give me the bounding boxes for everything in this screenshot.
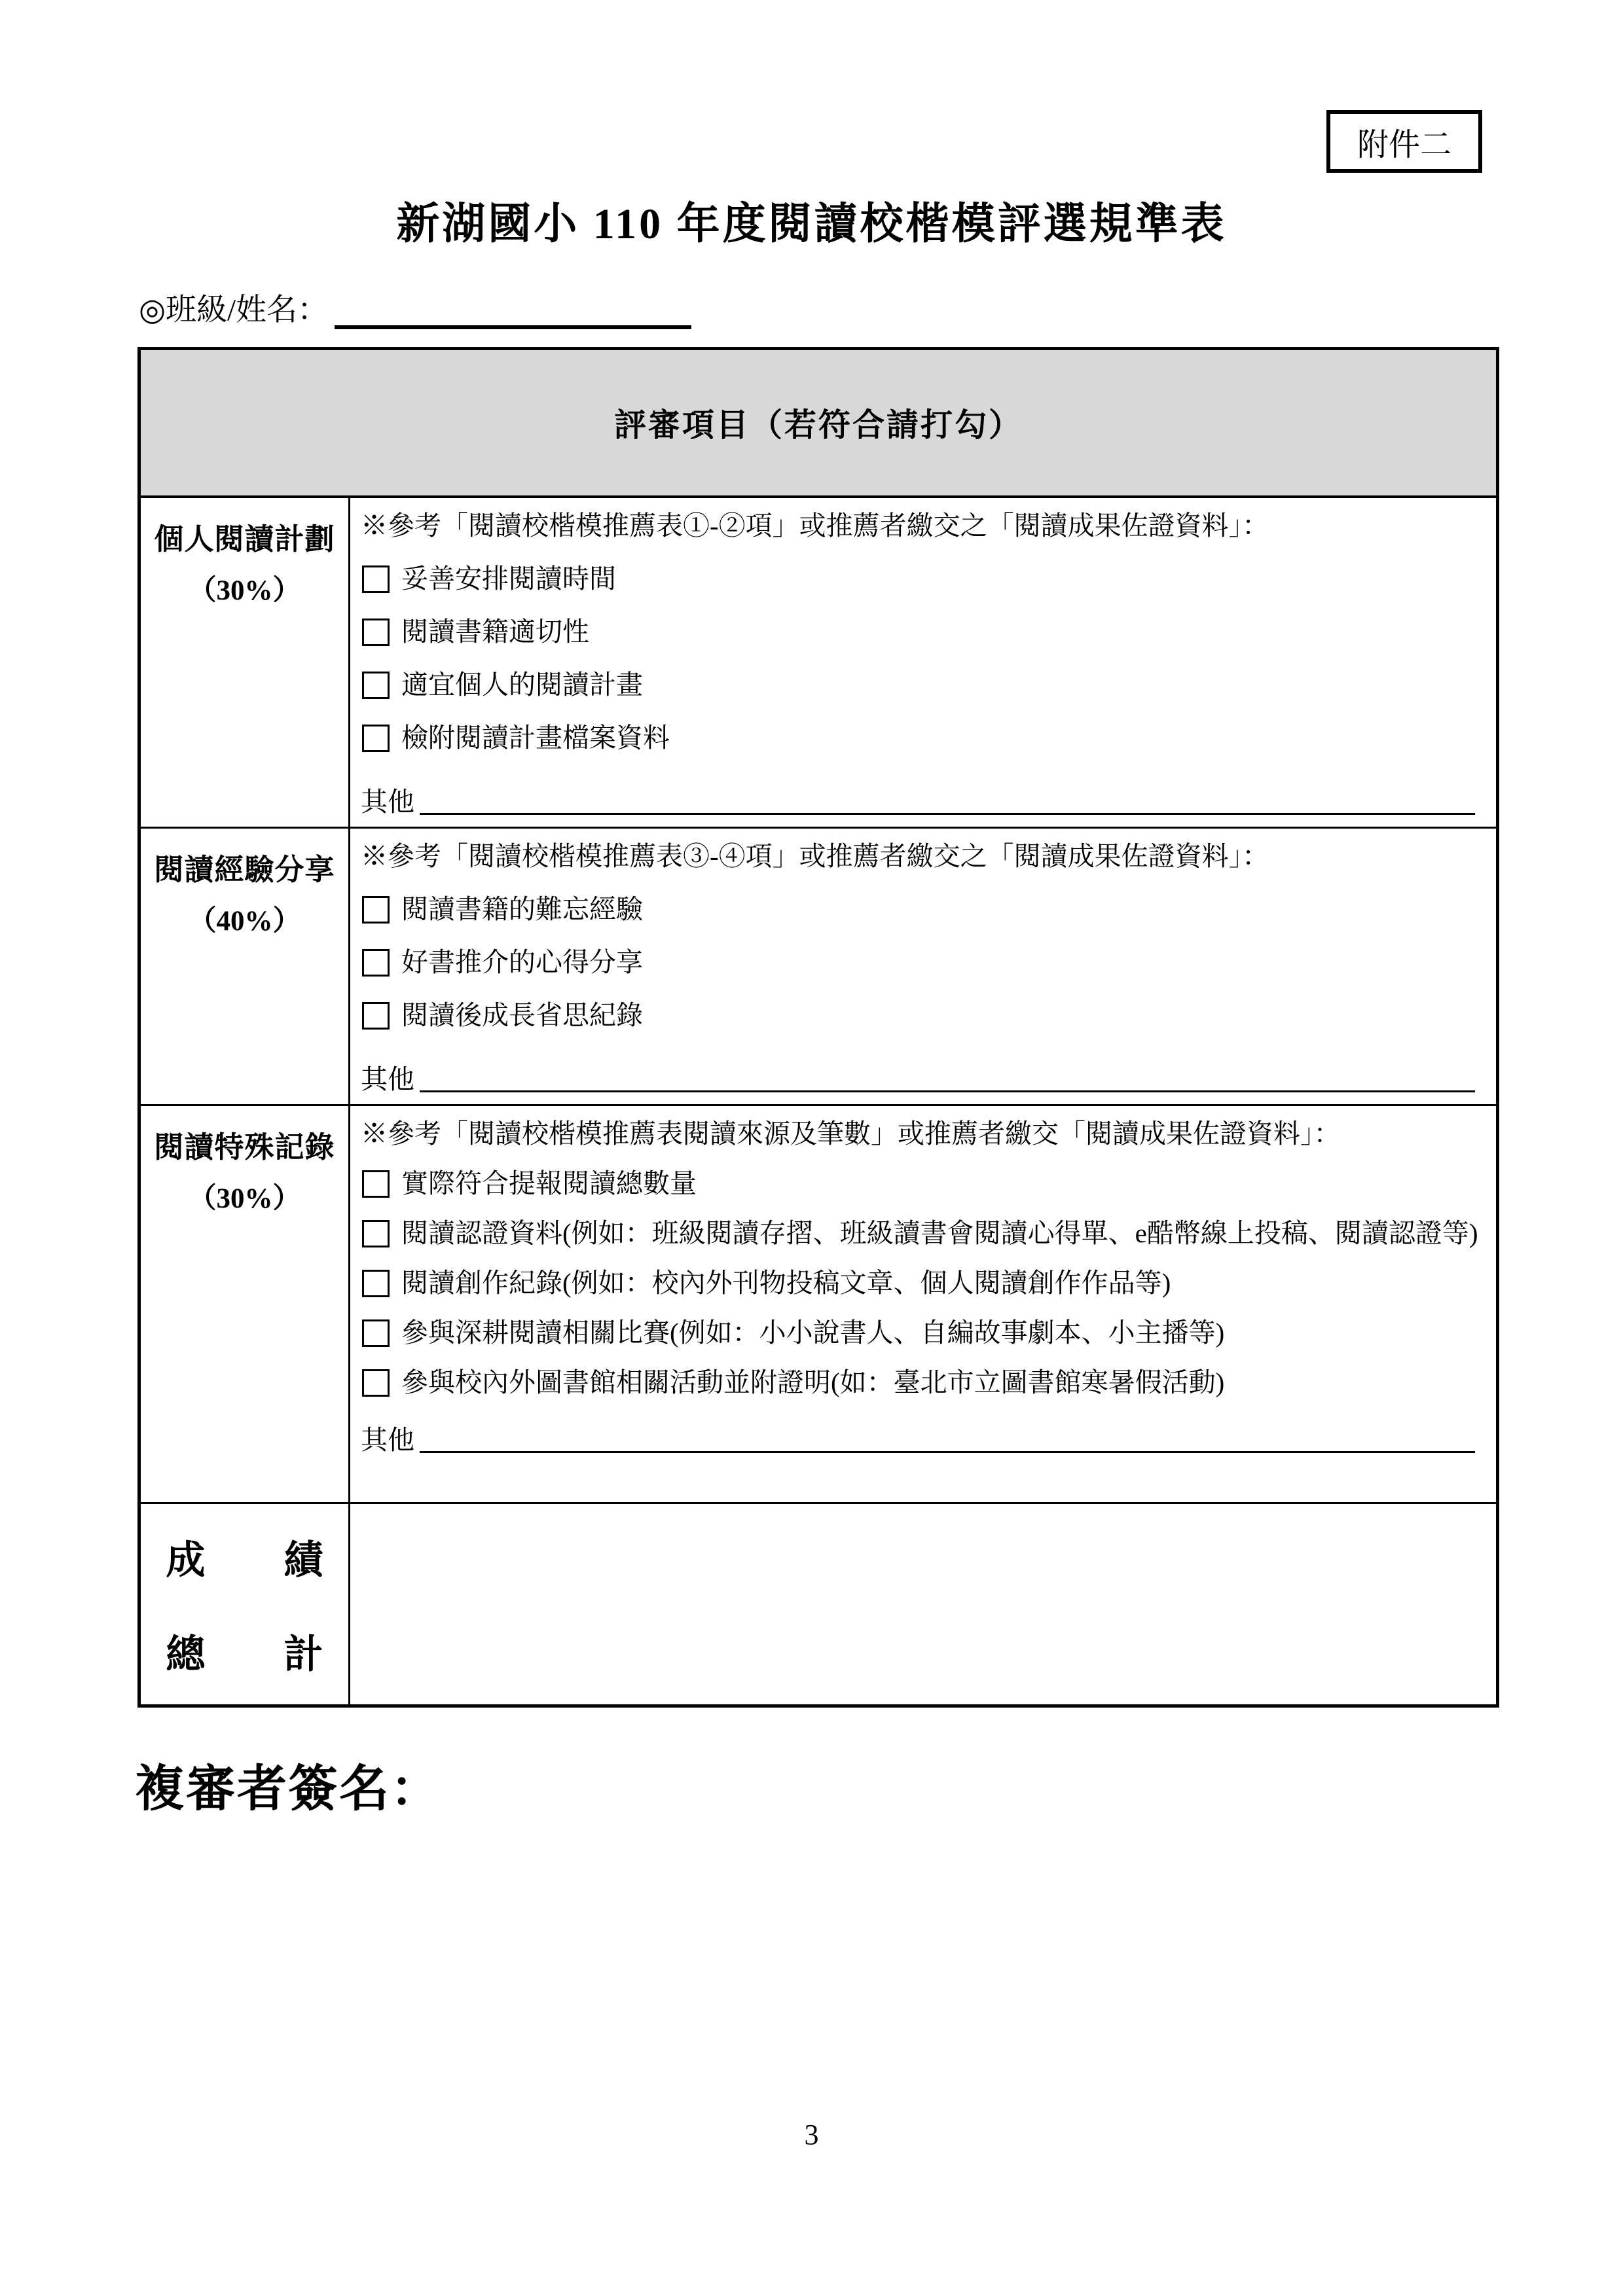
checkbox[interactable] (362, 1220, 390, 1247)
checkbox-label: 參與校內外圖書館相關活動並附證明(如：臺北市立圖書館寒暑假活動) (401, 1361, 1224, 1403)
table-row-total-score: 成 績 總 計 (141, 1504, 1496, 1704)
checklist-item: 適宜個人的閱讀計畫 (361, 664, 1487, 717)
document-page: 附件二 新湖國小 110 年度閱讀校楷模評選規準表 ◎班級/姓名： 評審項目（若… (0, 0, 1623, 2296)
reviewer-signature-label: 複審者簽名： (135, 1749, 441, 1820)
checkbox[interactable] (362, 725, 390, 752)
total-score-label-cell: 成 績 總 計 (141, 1504, 350, 1704)
total-score-label-line1: 成 績 (141, 1529, 348, 1585)
reference-note: ※參考「閱讀校楷模推薦表①-②項」或推薦者繳交之「閱讀成果佐證資料」： (361, 505, 1487, 558)
checkbox-label: 閱讀認證資料(例如：班級閱讀存摺、班級讀書會閱讀心得單、e酷幣線上投稿、閱讀認證… (401, 1212, 1478, 1254)
criteria-content-cell: ※參考「閱讀校楷模推薦表閱讀來源及筆數」或推薦者繳交「閱讀成果佐證資料」： 實際… (350, 1106, 1496, 1502)
checkbox-label: 實際符合提報閱讀總數量 (401, 1162, 697, 1204)
page-title: 新湖國小 110 年度閱讀校楷模評選規準表 (0, 188, 1623, 251)
class-name-label: ◎班級/姓名： (139, 285, 328, 329)
table-header-text: 評審項目（若符合請打勾） (614, 400, 1023, 446)
checkbox-label: 閱讀後成長省思紀錄 (401, 994, 643, 1036)
other-blank-field[interactable] (420, 1090, 1475, 1092)
checkbox[interactable] (362, 619, 390, 646)
attachment-tag-box: 附件二 (1326, 110, 1482, 173)
other-blank-field[interactable] (420, 813, 1475, 815)
checklist-item: 參與校內外圖書館相關活動並附證明(如：臺北市立圖書館寒暑假活動) (361, 1361, 1487, 1411)
checkbox-label: 適宜個人的閱讀計畫 (401, 664, 643, 706)
checklist-item: 閱讀後成長省思紀錄 (361, 994, 1487, 1047)
checkbox[interactable] (362, 672, 390, 699)
checkbox[interactable] (362, 1002, 390, 1030)
table-row-reading-experience-sharing: 閱讀經驗分享 （40%） ※參考「閱讀校楷模推薦表③-④項」或推薦者繳交之「閱讀… (141, 829, 1496, 1106)
checkbox-label: 妥善安排閱讀時間 (401, 558, 616, 600)
other-line: 其他 (361, 1047, 1487, 1100)
checklist-item: 參與深耕閱讀相關比賽(例如：小小說書人、自編故事劇本、小主播等) (361, 1312, 1487, 1361)
criteria-label: 閱讀特殊記錄 (141, 1123, 348, 1166)
checklist-item: 好書推介的心得分享 (361, 941, 1487, 994)
criteria-weight: （40%） (141, 899, 348, 939)
checkbox[interactable] (362, 1369, 390, 1397)
criteria-weight: （30%） (141, 1176, 348, 1216)
criteria-content-cell: ※參考「閱讀校楷模推薦表③-④項」或推薦者繳交之「閱讀成果佐證資料」： 閱讀書籍… (350, 829, 1496, 1104)
criteria-weight: （30%） (141, 568, 348, 608)
other-line: 其他 (361, 1411, 1487, 1461)
evaluation-table: 評審項目（若符合請打勾） 個人閱讀計劃 （30%） ※參考「閱讀校楷模推薦表①-… (137, 347, 1499, 1708)
class-name-blank-field[interactable] (335, 290, 691, 329)
checkbox-label: 閱讀書籍的難忘經驗 (401, 888, 643, 930)
reference-note: ※參考「閱讀校楷模推薦表③-④項」或推薦者繳交之「閱讀成果佐證資料」： (361, 835, 1487, 888)
criteria-content-cell: ※參考「閱讀校楷模推薦表①-②項」或推薦者繳交之「閱讀成果佐證資料」： 妥善安排… (350, 498, 1496, 827)
other-blank-field[interactable] (420, 1451, 1475, 1453)
page-number: 3 (0, 2118, 1623, 2151)
checkbox-label: 檢附閱讀計畫檔案資料 (401, 717, 670, 759)
checkbox-label: 好書推介的心得分享 (401, 941, 643, 983)
reference-note: ※參考「閱讀校楷模推薦表閱讀來源及筆數」或推薦者繳交「閱讀成果佐證資料」： (361, 1113, 1487, 1162)
checkbox[interactable] (362, 896, 390, 924)
other-label: 其他 (361, 1419, 414, 1461)
checkbox[interactable] (362, 949, 390, 977)
checklist-item: 閱讀認證資料(例如：班級閱讀存摺、班級讀書會閱讀心得單、e酷幣線上投稿、閱讀認證… (361, 1212, 1487, 1262)
criteria-label: 閱讀經驗分享 (141, 846, 348, 888)
total-score-blank-cell[interactable] (350, 1504, 1496, 1704)
checklist-item: 閱讀創作紀錄(例如：校內外刊物投稿文章、個人閱讀創作作品等) (361, 1262, 1487, 1312)
criteria-label-cell: 閱讀經驗分享 （40%） (141, 829, 350, 1104)
checkbox-label: 閱讀創作紀錄(例如：校內外刊物投稿文章、個人閱讀創作作品等) (401, 1262, 1171, 1304)
checkbox[interactable] (362, 1170, 390, 1198)
checkbox-label: 閱讀書籍適切性 (401, 611, 589, 653)
checkbox-label: 參與深耕閱讀相關比賽(例如：小小說書人、自編故事劇本、小主播等) (401, 1312, 1224, 1354)
checklist-item: 閱讀書籍的難忘經驗 (361, 888, 1487, 941)
other-line: 其他 (361, 770, 1487, 823)
class-name-line: ◎班級/姓名： (139, 285, 691, 329)
checklist-item: 妥善安排閱讀時間 (361, 558, 1487, 611)
table-row-personal-reading-plan: 個人閱讀計劃 （30%） ※參考「閱讀校楷模推薦表①-②項」或推薦者繳交之「閱讀… (141, 498, 1496, 829)
criteria-label: 個人閱讀計劃 (141, 515, 348, 558)
table-row-special-reading-records: 閱讀特殊記錄 （30%） ※參考「閱讀校楷模推薦表閱讀來源及筆數」或推薦者繳交「… (141, 1106, 1496, 1504)
attachment-label: 附件二 (1357, 119, 1451, 164)
checkbox[interactable] (362, 1319, 390, 1347)
checklist-item: 閱讀書籍適切性 (361, 611, 1487, 664)
checkbox[interactable] (362, 1270, 390, 1297)
other-label: 其他 (361, 781, 414, 823)
other-label: 其他 (361, 1058, 414, 1100)
table-header-cell: 評審項目（若符合請打勾） (141, 350, 1496, 498)
checklist-item: 實際符合提報閱讀總數量 (361, 1162, 1487, 1212)
criteria-label-cell: 閱讀特殊記錄 （30%） (141, 1106, 350, 1502)
checkbox[interactable] (362, 565, 390, 593)
checklist-item: 檢附閱讀計畫檔案資料 (361, 717, 1487, 770)
total-score-label-line2: 總 計 (141, 1623, 348, 1679)
criteria-label-cell: 個人閱讀計劃 （30%） (141, 498, 350, 827)
